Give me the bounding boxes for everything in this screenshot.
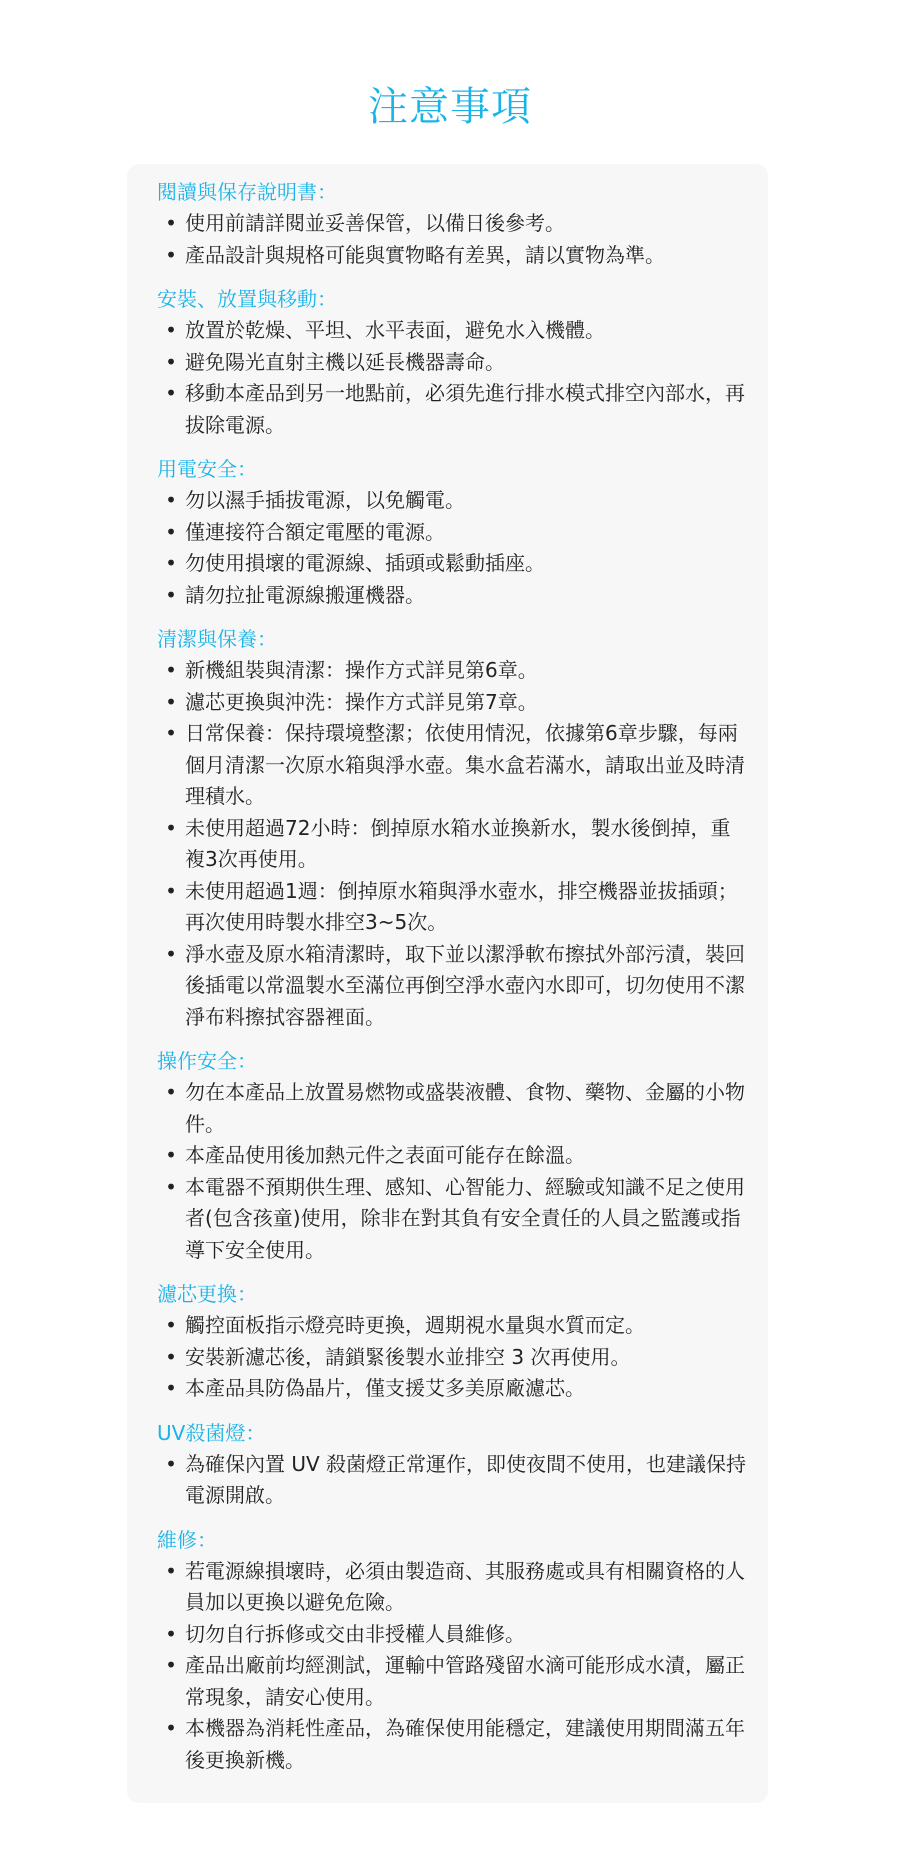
section-electrical-safety: 用電安全： •勿以濕手插拔電源，以免觸電。 •僅連接符合額定電壓的電源。 •勿使… <box>157 453 750 611</box>
section-heading: 安裝、放置與移動： <box>157 283 750 315</box>
list-item: •請勿拉扯電源線搬運機器。 <box>157 580 750 612</box>
bullet-icon: • <box>165 1077 177 1109</box>
bullet-icon: • <box>165 208 177 240</box>
list-item: •日常保養：保持環境整潔；依使用情況，依據第6章步驟，每兩個月清潔一次原水箱與淨… <box>157 718 750 813</box>
bullet-icon: • <box>165 1449 177 1481</box>
section-heading: 清潔與保養： <box>157 623 750 655</box>
list-item: •產品設計與規格可能與實物略有差異，請以實物為準。 <box>157 240 750 272</box>
list-item: •本產品具防偽晶片，僅支援艾多美原廠濾芯。 <box>157 1373 750 1405</box>
notice-card: 閱讀與保存說明書： •使用前請詳閱並妥善保管，以備日後參考。 •產品設計與規格可… <box>127 164 768 1803</box>
list-item: •使用前請詳閱並妥善保管，以備日後參考。 <box>157 208 750 240</box>
bullet-icon: • <box>165 939 177 971</box>
bullet-icon: • <box>165 485 177 517</box>
bullet-icon: • <box>165 1619 177 1651</box>
bullet-icon: • <box>165 1172 177 1204</box>
bullet-list: •觸控面板指示燈亮時更換，週期視水量與水質而定。 •安裝新濾芯後，請鎖緊後製水並… <box>157 1310 750 1405</box>
list-item: •未使用超過72小時：倒掉原水箱水並換新水，製水後倒掉，重複3次再使用。 <box>157 813 750 876</box>
list-item: •放置於乾燥、平坦、水平表面，避免水入機體。 <box>157 315 750 347</box>
list-item: •未使用超過1週：倒掉原水箱與淨水壺水，排空機器並拔插頭；再次使用時製水排空3~… <box>157 876 750 939</box>
list-item: •濾芯更換與沖洗：操作方式詳見第7章。 <box>157 687 750 719</box>
section-heading: 維修： <box>157 1524 750 1556</box>
bullet-icon: • <box>165 517 177 549</box>
section-read-manual: 閱讀與保存說明書： •使用前請詳閱並妥善保管，以備日後參考。 •產品設計與規格可… <box>157 176 750 271</box>
section-heading: 濾芯更換： <box>157 1278 750 1310</box>
list-item: •僅連接符合額定電壓的電源。 <box>157 517 750 549</box>
bullet-list: •放置於乾燥、平坦、水平表面，避免水入機體。 •避免陽光直射主機以延長機器壽命。… <box>157 315 750 441</box>
section-cleaning: 清潔與保養： •新機組裝與清潔：操作方式詳見第6章。 •濾芯更換與沖洗：操作方式… <box>157 623 750 1033</box>
bullet-icon: • <box>165 1342 177 1374</box>
list-item: •勿在本產品上放置易燃物或盛裝液體、食物、藥物、金屬的小物件。 <box>157 1077 750 1140</box>
bullet-list: •為確保內置 UV 殺菌燈正常運作，即使夜間不使用，也建議保持電源開啟。 <box>157 1449 750 1512</box>
section-installation: 安裝、放置與移動： •放置於乾燥、平坦、水平表面，避免水入機體。 •避免陽光直射… <box>157 283 750 441</box>
list-item: •觸控面板指示燈亮時更換，週期視水量與水質而定。 <box>157 1310 750 1342</box>
bullet-list: •勿以濕手插拔電源，以免觸電。 •僅連接符合額定電壓的電源。 •勿使用損壞的電源… <box>157 485 750 611</box>
list-item: •勿以濕手插拔電源，以免觸電。 <box>157 485 750 517</box>
bullet-icon: • <box>165 687 177 719</box>
list-item: •安裝新濾芯後，請鎖緊後製水並排空 3 次再使用。 <box>157 1342 750 1374</box>
bullet-icon: • <box>165 240 177 272</box>
list-item: •新機組裝與清潔：操作方式詳見第6章。 <box>157 655 750 687</box>
list-item: •若電源線損壞時，必須由製造商、其服務處或具有相關資格的人員加以更換以避免危險。 <box>157 1556 750 1619</box>
bullet-icon: • <box>165 347 177 379</box>
bullet-icon: • <box>165 1650 177 1682</box>
list-item: •本電器不預期供生理、感知、心智能力、經驗或知識不足之使用者(包含孩童)使用，除… <box>157 1172 750 1267</box>
bullet-icon: • <box>165 1556 177 1588</box>
bullet-list: •勿在本產品上放置易燃物或盛裝液體、食物、藥物、金屬的小物件。 •本產品使用後加… <box>157 1077 750 1266</box>
list-item: •避免陽光直射主機以延長機器壽命。 <box>157 347 750 379</box>
bullet-icon: • <box>165 378 177 410</box>
section-repair: 維修： •若電源線損壞時，必須由製造商、其服務處或具有相關資格的人員加以更換以避… <box>157 1524 750 1777</box>
bullet-icon: • <box>165 655 177 687</box>
bullet-icon: • <box>165 315 177 347</box>
section-heading: 操作安全： <box>157 1045 750 1077</box>
section-filter-replacement: 濾芯更換： •觸控面板指示燈亮時更換，週期視水量與水質而定。 •安裝新濾芯後，請… <box>157 1278 750 1405</box>
bullet-list: •若電源線損壞時，必須由製造商、其服務處或具有相關資格的人員加以更換以避免危險。… <box>157 1556 750 1777</box>
bullet-icon: • <box>165 718 177 750</box>
section-uv-lamp: UV殺菌燈： •為確保內置 UV 殺菌燈正常運作，即使夜間不使用，也建議保持電源… <box>157 1417 750 1512</box>
list-item: •切勿自行拆修或交由非授權人員維修。 <box>157 1619 750 1651</box>
section-operation-safety: 操作安全： •勿在本產品上放置易燃物或盛裝液體、食物、藥物、金屬的小物件。 •本… <box>157 1045 750 1266</box>
bullet-list: •新機組裝與清潔：操作方式詳見第6章。 •濾芯更換與沖洗：操作方式詳見第7章。 … <box>157 655 750 1033</box>
bullet-icon: • <box>165 1373 177 1405</box>
bullet-icon: • <box>165 876 177 908</box>
list-item: •產品出廠前均經測試，運輸中管路殘留水滴可能形成水漬，屬正常現象，請安心使用。 <box>157 1650 750 1713</box>
bullet-icon: • <box>165 580 177 612</box>
bullet-list: •使用前請詳閱並妥善保管，以備日後參考。 •產品設計與規格可能與實物略有差異，請… <box>157 208 750 271</box>
bullet-icon: • <box>165 548 177 580</box>
list-item: •為確保內置 UV 殺菌燈正常運作，即使夜間不使用，也建議保持電源開啟。 <box>157 1449 750 1512</box>
section-heading: UV殺菌燈： <box>157 1417 750 1449</box>
bullet-icon: • <box>165 1310 177 1342</box>
section-heading: 用電安全： <box>157 453 750 485</box>
list-item: •本機器為消耗性產品，為確保使用能穩定，建議使用期間滿五年後更換新機。 <box>157 1713 750 1776</box>
section-heading: 閱讀與保存說明書： <box>157 176 750 208</box>
page-title: 注意事項 <box>0 77 900 137</box>
list-item: •勿使用損壞的電源線、插頭或鬆動插座。 <box>157 548 750 580</box>
bullet-icon: • <box>165 813 177 845</box>
list-item: •移動本產品到另一地點前，必須先進行排水模式排空內部水，再拔除電源。 <box>157 378 750 441</box>
list-item: •淨水壺及原水箱清潔時，取下並以潔淨軟布擦拭外部污漬，裝回後插電以常溫製水至滿位… <box>157 939 750 1034</box>
bullet-icon: • <box>165 1713 177 1745</box>
list-item: •本產品使用後加熱元件之表面可能存在餘溫。 <box>157 1140 750 1172</box>
bullet-icon: • <box>165 1140 177 1172</box>
